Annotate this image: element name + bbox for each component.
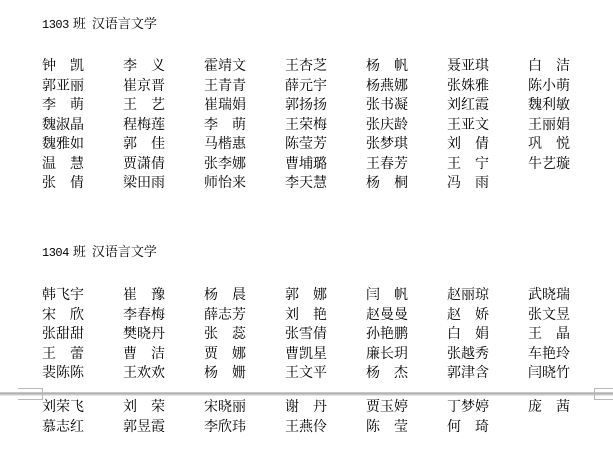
student-name: 钟凯 <box>42 57 84 76</box>
student-name: 张李娜 <box>204 155 246 174</box>
student-name: 杨燕娜 <box>366 77 408 96</box>
student-name: 韩飞宇 <box>42 286 84 305</box>
student-name: 陈莹芳 <box>285 135 327 154</box>
student-name: 谢丹 <box>285 398 327 417</box>
student-name: 崔京晋 <box>123 77 165 96</box>
student-name: 杨桐 <box>366 174 408 193</box>
student-name: 崔瑞娟 <box>204 96 246 115</box>
student-name: 张越秀 <box>447 345 489 364</box>
student-name: 李欣玮 <box>204 418 246 437</box>
student-name: 王蕾 <box>42 345 84 364</box>
table-row: 裴陈陈王欢欢杨姗王文平杨杰郭津含闫晓竹 <box>42 364 602 384</box>
student-name: 刘倩 <box>447 135 489 154</box>
table-row: 钟凯李义霍靖文王杏芝杨帆聂亚琪白洁 <box>42 57 602 77</box>
table-row: 王蕾曹洁贾娜曹凯星廉长玥张越秀车艳玲 <box>42 345 602 365</box>
student-name: 霍靖文 <box>204 57 246 76</box>
student-name: 张甜甜 <box>42 325 84 344</box>
student-name: 张雪倩 <box>285 325 327 344</box>
student-name: 杨帆 <box>366 57 408 76</box>
table-row: 韩飞宇崔豫杨晨郭娜闫帆赵丽琼武晓瑞 <box>42 286 602 306</box>
right-margin-marker-icon <box>594 388 613 400</box>
student-name: 魏雅如 <box>42 135 84 154</box>
student-name: 王欢欢 <box>123 364 165 383</box>
student-name: 郭娜 <box>285 286 327 305</box>
student-name: 郭津含 <box>447 364 489 383</box>
student-name: 崔豫 <box>123 286 165 305</box>
student-name: 曹凯星 <box>285 345 327 364</box>
student-name: 孙艳鹏 <box>366 325 408 344</box>
student-name: 郭佳 <box>123 135 165 154</box>
class-suffix: 班 <box>73 245 86 260</box>
table-row: 慕志红郭昱霞李欣玮王燕伶陈莹何琦 <box>42 418 602 438</box>
student-name: 贾玉婷 <box>366 398 408 417</box>
student-name: 薛志芳 <box>204 306 246 325</box>
student-name: 闫晓竹 <box>528 364 570 383</box>
student-name: 裴陈陈 <box>42 364 84 383</box>
student-name: 刘红霞 <box>447 96 489 115</box>
student-name: 何琦 <box>447 418 489 437</box>
table-row: 魏淑晶程梅莲李萌王荣梅张庆龄王亚文王丽娟 <box>42 116 602 136</box>
student-name: 刘荣 <box>123 398 165 417</box>
student-name: 廉长玥 <box>366 345 408 364</box>
student-name: 杨晨 <box>204 286 246 305</box>
left-margin-marker-icon <box>18 388 43 400</box>
student-name: 曹埔璐 <box>285 155 327 174</box>
student-name: 王燕伶 <box>285 418 327 437</box>
student-name: 张书凝 <box>366 96 408 115</box>
student-name: 巩悦 <box>528 135 570 154</box>
class-number: 1303 <box>42 18 69 32</box>
table-row: 刘荣飞刘荣宋晓丽谢丹贾玉婷丁梦婷庞茜 <box>42 398 602 418</box>
student-name: 王亚文 <box>447 116 489 135</box>
student-name: 魏淑晶 <box>42 116 84 135</box>
student-name: 王春芳 <box>366 155 408 174</box>
student-name: 张梦琪 <box>366 135 408 154</box>
student-name: 李萌 <box>204 116 246 135</box>
student-name: 牛艺璇 <box>528 155 570 174</box>
student-name: 王荣梅 <box>285 116 327 135</box>
student-name: 李萌 <box>42 96 84 115</box>
student-name: 王青青 <box>204 77 246 96</box>
student-name: 薛元宇 <box>285 77 327 96</box>
section-heading-1304: 1304班汉语言文学 <box>42 245 157 261</box>
student-name: 白洁 <box>528 57 570 76</box>
student-name: 慕志红 <box>42 418 84 437</box>
student-name: 陈莹 <box>366 418 408 437</box>
student-name: 闫帆 <box>366 286 408 305</box>
student-name: 梁田雨 <box>123 174 165 193</box>
student-name: 贾娜 <box>204 345 246 364</box>
section-heading-1303: 1303班汉语言文学 <box>42 17 157 33</box>
table-row: 温慧贾潇倩张李娜曹埔璐王春芳王宁牛艺璇 <box>42 155 602 175</box>
student-name: 王文平 <box>285 364 327 383</box>
class-number: 1304 <box>42 246 69 260</box>
student-name: 丁梦婷 <box>447 398 489 417</box>
table-row: 魏雅如郭佳马楷惠陈莹芳张梦琪刘倩巩悦 <box>42 135 602 155</box>
student-name: 刘荣飞 <box>42 398 84 417</box>
table-row: 李萌王艺崔瑞娟郭扬扬张书凝刘红霞魏利敏 <box>42 96 602 116</box>
student-name: 王宁 <box>447 155 489 174</box>
student-name: 李义 <box>123 57 165 76</box>
student-name: 马楷惠 <box>204 135 246 154</box>
subject: 汉语言文学 <box>92 245 157 260</box>
student-name: 程梅莲 <box>123 116 165 135</box>
student-name: 贾潇倩 <box>123 155 165 174</box>
student-name: 陈小萌 <box>528 77 570 96</box>
student-name: 杨姗 <box>204 364 246 383</box>
student-name: 宋晓丽 <box>204 398 246 417</box>
student-name: 魏利敏 <box>528 96 570 115</box>
student-name: 车艳玲 <box>528 345 570 364</box>
student-name: 赵曼曼 <box>366 306 408 325</box>
student-name: 张文昱 <box>528 306 570 325</box>
student-name: 武晓瑞 <box>528 286 570 305</box>
table-row: 宋欣李春梅薛志芳刘艳赵曼曼赵娇张文昱 <box>42 306 602 326</box>
class-suffix: 班 <box>73 17 86 32</box>
document-page: 1303班汉语言文学 钟凯李义霍靖文王杏芝杨帆聂亚琪白洁郭亚丽崔京晋王青青薛元宇… <box>0 0 613 475</box>
student-name: 杨杰 <box>366 364 408 383</box>
student-name: 樊晓丹 <box>123 325 165 344</box>
student-name: 李天慧 <box>285 174 327 193</box>
table-row: 张甜甜樊晓丹张蕊张雪倩孙艳鹏白娟王晶 <box>42 325 602 345</box>
student-name: 郭昱霞 <box>123 418 165 437</box>
student-name: 赵丽琼 <box>447 286 489 305</box>
student-name: 王杏芝 <box>285 57 327 76</box>
subject: 汉语言文学 <box>92 17 157 32</box>
student-name: 张庆龄 <box>366 116 408 135</box>
student-name: 张蕊 <box>204 325 246 344</box>
page-break-shadow <box>0 395 613 396</box>
student-name: 王晶 <box>528 325 570 344</box>
student-name: 师怡来 <box>204 174 246 193</box>
table-row: 张倩梁田雨师怡来李天慧杨桐冯雨 <box>42 174 602 194</box>
student-name: 王丽娟 <box>528 116 570 135</box>
student-name: 李春梅 <box>123 306 165 325</box>
student-name: 聂亚琪 <box>447 57 489 76</box>
student-name: 张倩 <box>42 174 84 193</box>
student-name: 曹洁 <box>123 345 165 364</box>
student-name: 赵娇 <box>447 306 489 325</box>
student-name: 张姝雅 <box>447 77 489 96</box>
student-name: 庞茜 <box>528 398 570 417</box>
student-name: 温慧 <box>42 155 84 174</box>
student-name: 刘艳 <box>285 306 327 325</box>
student-name: 冯雨 <box>447 174 489 193</box>
student-name: 郭扬扬 <box>285 96 327 115</box>
student-name: 宋欣 <box>42 306 84 325</box>
student-name: 郭亚丽 <box>42 77 84 96</box>
student-name: 王艺 <box>123 96 165 115</box>
student-name: 白娟 <box>447 325 489 344</box>
table-row: 郭亚丽崔京晋王青青薛元宇杨燕娜张姝雅陈小萌 <box>42 77 602 97</box>
